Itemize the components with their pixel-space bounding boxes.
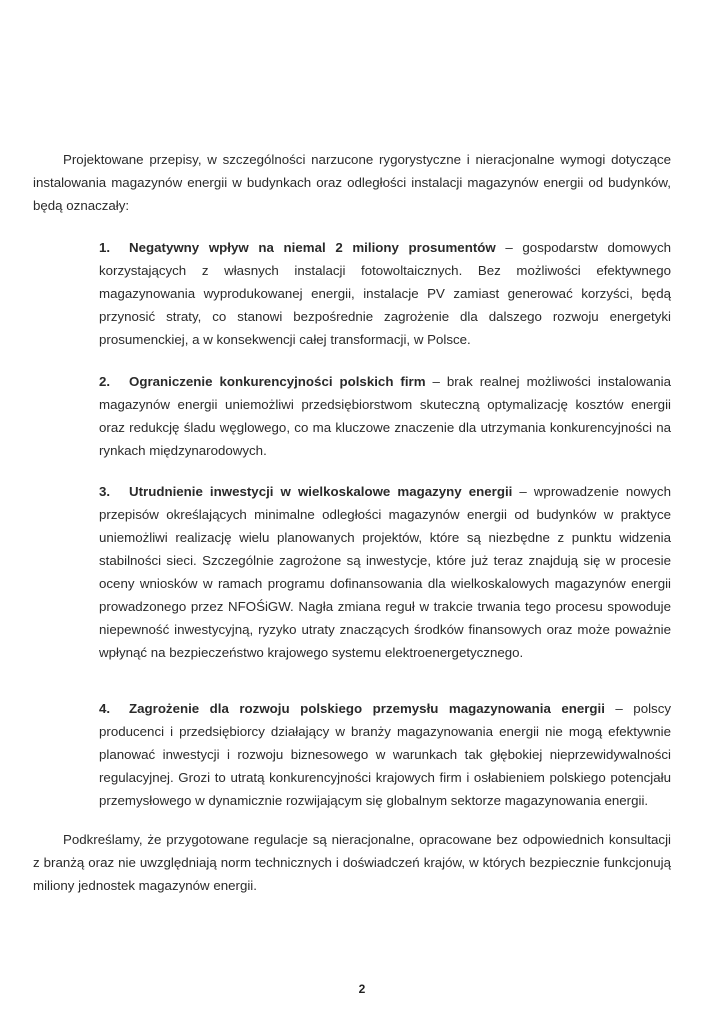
page-number: 2 bbox=[0, 982, 724, 996]
list-item-text: – wprowadzenie nowych przepisów określaj… bbox=[99, 484, 671, 660]
list-item-heading: Ograniczenie konkurencyjności polskich f… bbox=[129, 374, 426, 389]
document-page: Projektowane przepisy, w szczególności n… bbox=[0, 0, 724, 1024]
list-item-1: 1.Negatywny wpływ na niemal 2 miliony pr… bbox=[99, 236, 671, 351]
list-item-text: – polscy producenci i przedsiębiorcy dzi… bbox=[99, 701, 671, 808]
list-item-heading: Utrudnienie inwestycji w wielkoskalowe m… bbox=[129, 484, 512, 499]
list-item-text: – gospodarstw domowych korzystających z … bbox=[99, 240, 671, 347]
list-item-3: 3.Utrudnienie inwestycji w wielkoskalowe… bbox=[99, 480, 671, 664]
intro-paragraph: Projektowane przepisy, w szczególności n… bbox=[33, 148, 671, 217]
list-item-heading: Negatywny wpływ na niemal 2 miliony pros… bbox=[129, 240, 496, 255]
list-number: 1. bbox=[99, 236, 129, 259]
list-number: 4. bbox=[99, 697, 129, 720]
list-item-4: 4.Zagrożenie dla rozwoju polskiego przem… bbox=[99, 697, 671, 812]
list-item-heading: Zagrożenie dla rozwoju polskiego przemys… bbox=[129, 701, 605, 716]
list-number: 2. bbox=[99, 370, 129, 393]
closing-paragraph: Podkreślamy, że przygotowane regulacje s… bbox=[33, 828, 671, 897]
list-number: 3. bbox=[99, 480, 129, 503]
list-item-2: 2.Ograniczenie konkurencyjności polskich… bbox=[99, 370, 671, 462]
